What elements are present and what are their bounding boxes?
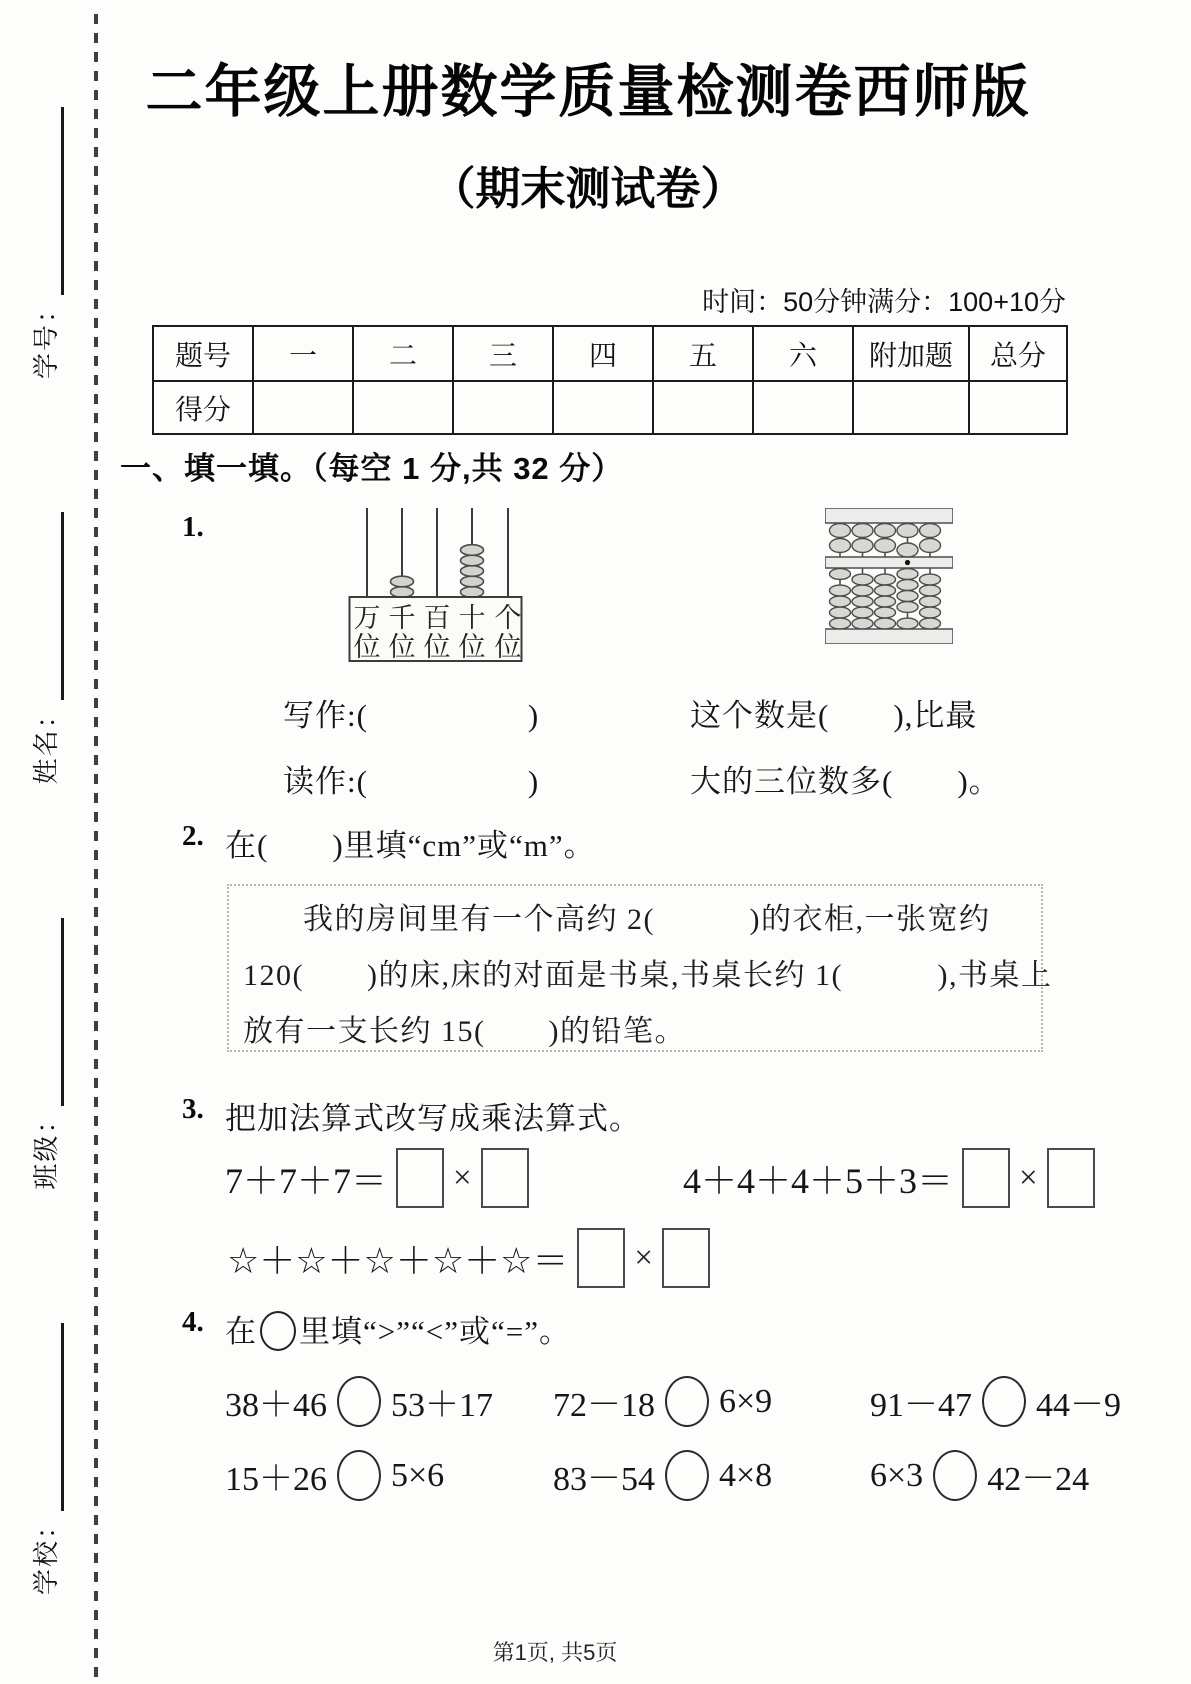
score-table-score-row: 得分 (153, 381, 1067, 434)
svg-text:百: 百 (424, 603, 451, 633)
q1-read-blank: 读作:( ) (283, 756, 539, 801)
q4-prompt-prefix: 在 (225, 1314, 257, 1349)
comparison-answer-circle (933, 1450, 977, 1501)
q3-equation-row2: ☆＋☆＋☆＋☆＋☆＝ × (227, 1228, 719, 1288)
comparison-answer-circle (982, 1376, 1026, 1427)
q3-equation-3: ☆＋☆＋☆＋☆＋☆＝ × (227, 1228, 719, 1288)
q4-number: 4. (182, 1306, 204, 1339)
school-label: 学校： (26, 1511, 63, 1595)
score-empty-cell (969, 381, 1067, 434)
svg-text:位: 位 (354, 632, 381, 662)
q1-abacus-text-line2: 大的三位数多( )。 (690, 756, 1001, 801)
score-empty-cell (853, 381, 969, 434)
answer-box (662, 1228, 710, 1288)
class-blank-line (25, 918, 64, 1106)
comparison-left: 15＋26 (225, 1451, 327, 1500)
svg-text:十: 十 (459, 603, 486, 633)
class-field: 班级： (25, 918, 64, 1190)
test-paper-page: 学校： 班级： 姓名： 学号： 二年级上册数学质量检测卷西师版 （期末测试卷） … (0, 0, 1191, 1684)
score-header-cell: 一 (253, 326, 353, 381)
q4-comparison-row2: 15＋26 5×6 83－54 4×8 6×3 42－24 (225, 1450, 1089, 1501)
multiply-sign: × (1019, 1160, 1038, 1197)
comparison-item: 72－18 6×9 (553, 1376, 870, 1427)
abacus-diagram (825, 508, 953, 644)
q2-box-line: 放有一支长约 15( )的铅笔。 (243, 1004, 1027, 1060)
svg-text:位: 位 (495, 632, 522, 662)
comparison-answer-circle (665, 1376, 709, 1427)
student-id-blank-line (25, 107, 64, 295)
score-empty-cell (753, 381, 853, 434)
q3-number: 3. (182, 1093, 204, 1126)
comparison-right: 6×9 (719, 1383, 772, 1421)
name-blank-line (25, 512, 64, 700)
svg-text:个: 个 (495, 603, 522, 633)
comparison-item: 91－47 44－9 (870, 1376, 1121, 1427)
multiply-sign: × (453, 1160, 472, 1197)
comparison-answer-circle (337, 1376, 381, 1427)
comparison-left: 6×3 (870, 1457, 923, 1495)
answer-box (481, 1148, 529, 1208)
score-table: 题号 一 二 三 四 五 六 附加题 总分 得分 (152, 325, 1068, 435)
comparison-left: 38＋46 (225, 1377, 327, 1426)
q3-prompt: 把加法算式改写成乘法算式。 (225, 1093, 641, 1138)
q1-abacus-text-line1: 这个数是( ),比最 (690, 690, 977, 735)
svg-text:千: 千 (389, 603, 416, 633)
name-field: 姓名： (25, 512, 64, 784)
score-header-cell: 总分 (969, 326, 1067, 381)
student-id-field: 学号： (25, 107, 64, 379)
score-row-label: 得分 (153, 381, 253, 434)
student-info-margin: 学校： 班级： 姓名： 学号： (12, 101, 76, 1601)
score-empty-cell (453, 381, 553, 434)
time-info: 时间：50分钟满分：100+10分 (110, 280, 1066, 319)
answer-box (962, 1148, 1010, 1208)
q3-equation-2: 4＋4＋4＋5＋3＝ × (683, 1148, 1104, 1208)
q3-eq3-lhs: ☆＋☆＋☆＋☆＋☆＝ (227, 1233, 568, 1284)
score-header-cell: 二 (353, 326, 453, 381)
section1-heading: 一、填一填。（每空 1 分,共 32 分） (120, 443, 623, 488)
comparison-item: 6×3 42－24 (870, 1450, 1089, 1501)
page-title: 二年级上册数学质量检测卷西师版 (110, 46, 1066, 128)
svg-text:位: 位 (424, 632, 451, 662)
score-table-header-row: 题号 一 二 三 四 五 六 附加题 总分 (153, 326, 1067, 381)
q4-prompt-suffix: 里填“>”“<”或“=”。 (299, 1314, 571, 1349)
school-field: 学校： (25, 1323, 64, 1595)
score-empty-cell (653, 381, 753, 434)
score-header-cell: 四 (553, 326, 653, 381)
comparison-right: 5×6 (391, 1457, 444, 1495)
q2-prompt: 在( )里填“cm”或“m”。 (225, 820, 596, 865)
q1-number: 1. (182, 511, 204, 544)
page-subtitle: （期末测试卷） (110, 152, 1066, 217)
comparison-item: 38＋46 53＋17 (225, 1376, 553, 1427)
q2-story-box: 我的房间里有一个高约 2( )的衣柜,一张宽约 120( )的床,床的对面是书桌… (227, 884, 1043, 1052)
comparison-right: 4×8 (719, 1457, 772, 1495)
svg-text:万: 万 (354, 603, 381, 633)
class-label: 班级： (26, 1106, 63, 1190)
q4-comparison-row1: 38＋46 53＋17 72－18 6×9 91－47 44－9 (225, 1376, 1121, 1427)
school-blank-line (25, 1323, 64, 1511)
comparison-right: 42－24 (987, 1451, 1089, 1500)
answer-box (577, 1228, 625, 1288)
score-empty-cell (553, 381, 653, 434)
page-footer: 第1页, 共5页 (0, 1636, 1110, 1667)
comparison-left: 72－18 (553, 1377, 655, 1426)
comparison-answer-circle (337, 1450, 381, 1501)
comparison-item: 83－54 4×8 (553, 1450, 870, 1501)
q1-write-blank: 写作:( ) (283, 690, 539, 735)
q3-equation-row1: 7＋7＋7＝ × 4＋4＋4＋5＋3＝ × (225, 1148, 1104, 1208)
q4-prompt: 在里填“>”“<”或“=”。 (225, 1306, 571, 1351)
name-label: 姓名： (26, 700, 63, 784)
comparison-left: 83－54 (553, 1451, 655, 1500)
score-header-cell: 附加题 (853, 326, 969, 381)
answer-box (396, 1148, 444, 1208)
counting-rod-diagram: 万位千位百位十位个位 (348, 508, 523, 663)
student-id-label: 学号： (26, 295, 63, 379)
q2-box-line: 我的房间里有一个高约 2( )的衣柜,一张宽约 (243, 892, 1027, 948)
comparison-item: 15＋26 5×6 (225, 1450, 553, 1501)
svg-text:位: 位 (459, 632, 486, 662)
score-empty-cell (353, 381, 453, 434)
compare-circle-glyph (260, 1311, 296, 1351)
q2-box-line: 120( )的床,床的对面是书桌,书桌长约 1( ),书桌上 (243, 948, 1027, 1004)
svg-text:位: 位 (389, 632, 416, 662)
q3-eq1-lhs: 7＋7＋7＝ (225, 1153, 387, 1204)
comparison-right: 53＋17 (391, 1377, 493, 1426)
multiply-sign: × (634, 1240, 653, 1277)
score-header-cell: 三 (453, 326, 553, 381)
q2-number: 2. (182, 820, 204, 853)
score-header-cell: 五 (653, 326, 753, 381)
score-header-cell: 题号 (153, 326, 253, 381)
comparison-left: 91－47 (870, 1377, 972, 1426)
comparison-answer-circle (665, 1450, 709, 1501)
binding-dashed-line (94, 14, 98, 1684)
score-header-cell: 六 (753, 326, 853, 381)
answer-box (1047, 1148, 1095, 1208)
comparison-right: 44－9 (1036, 1377, 1121, 1426)
q3-eq2-lhs: 4＋4＋4＋5＋3＝ (683, 1153, 953, 1204)
score-empty-cell (253, 381, 353, 434)
q3-equation-1: 7＋7＋7＝ × (225, 1148, 683, 1208)
